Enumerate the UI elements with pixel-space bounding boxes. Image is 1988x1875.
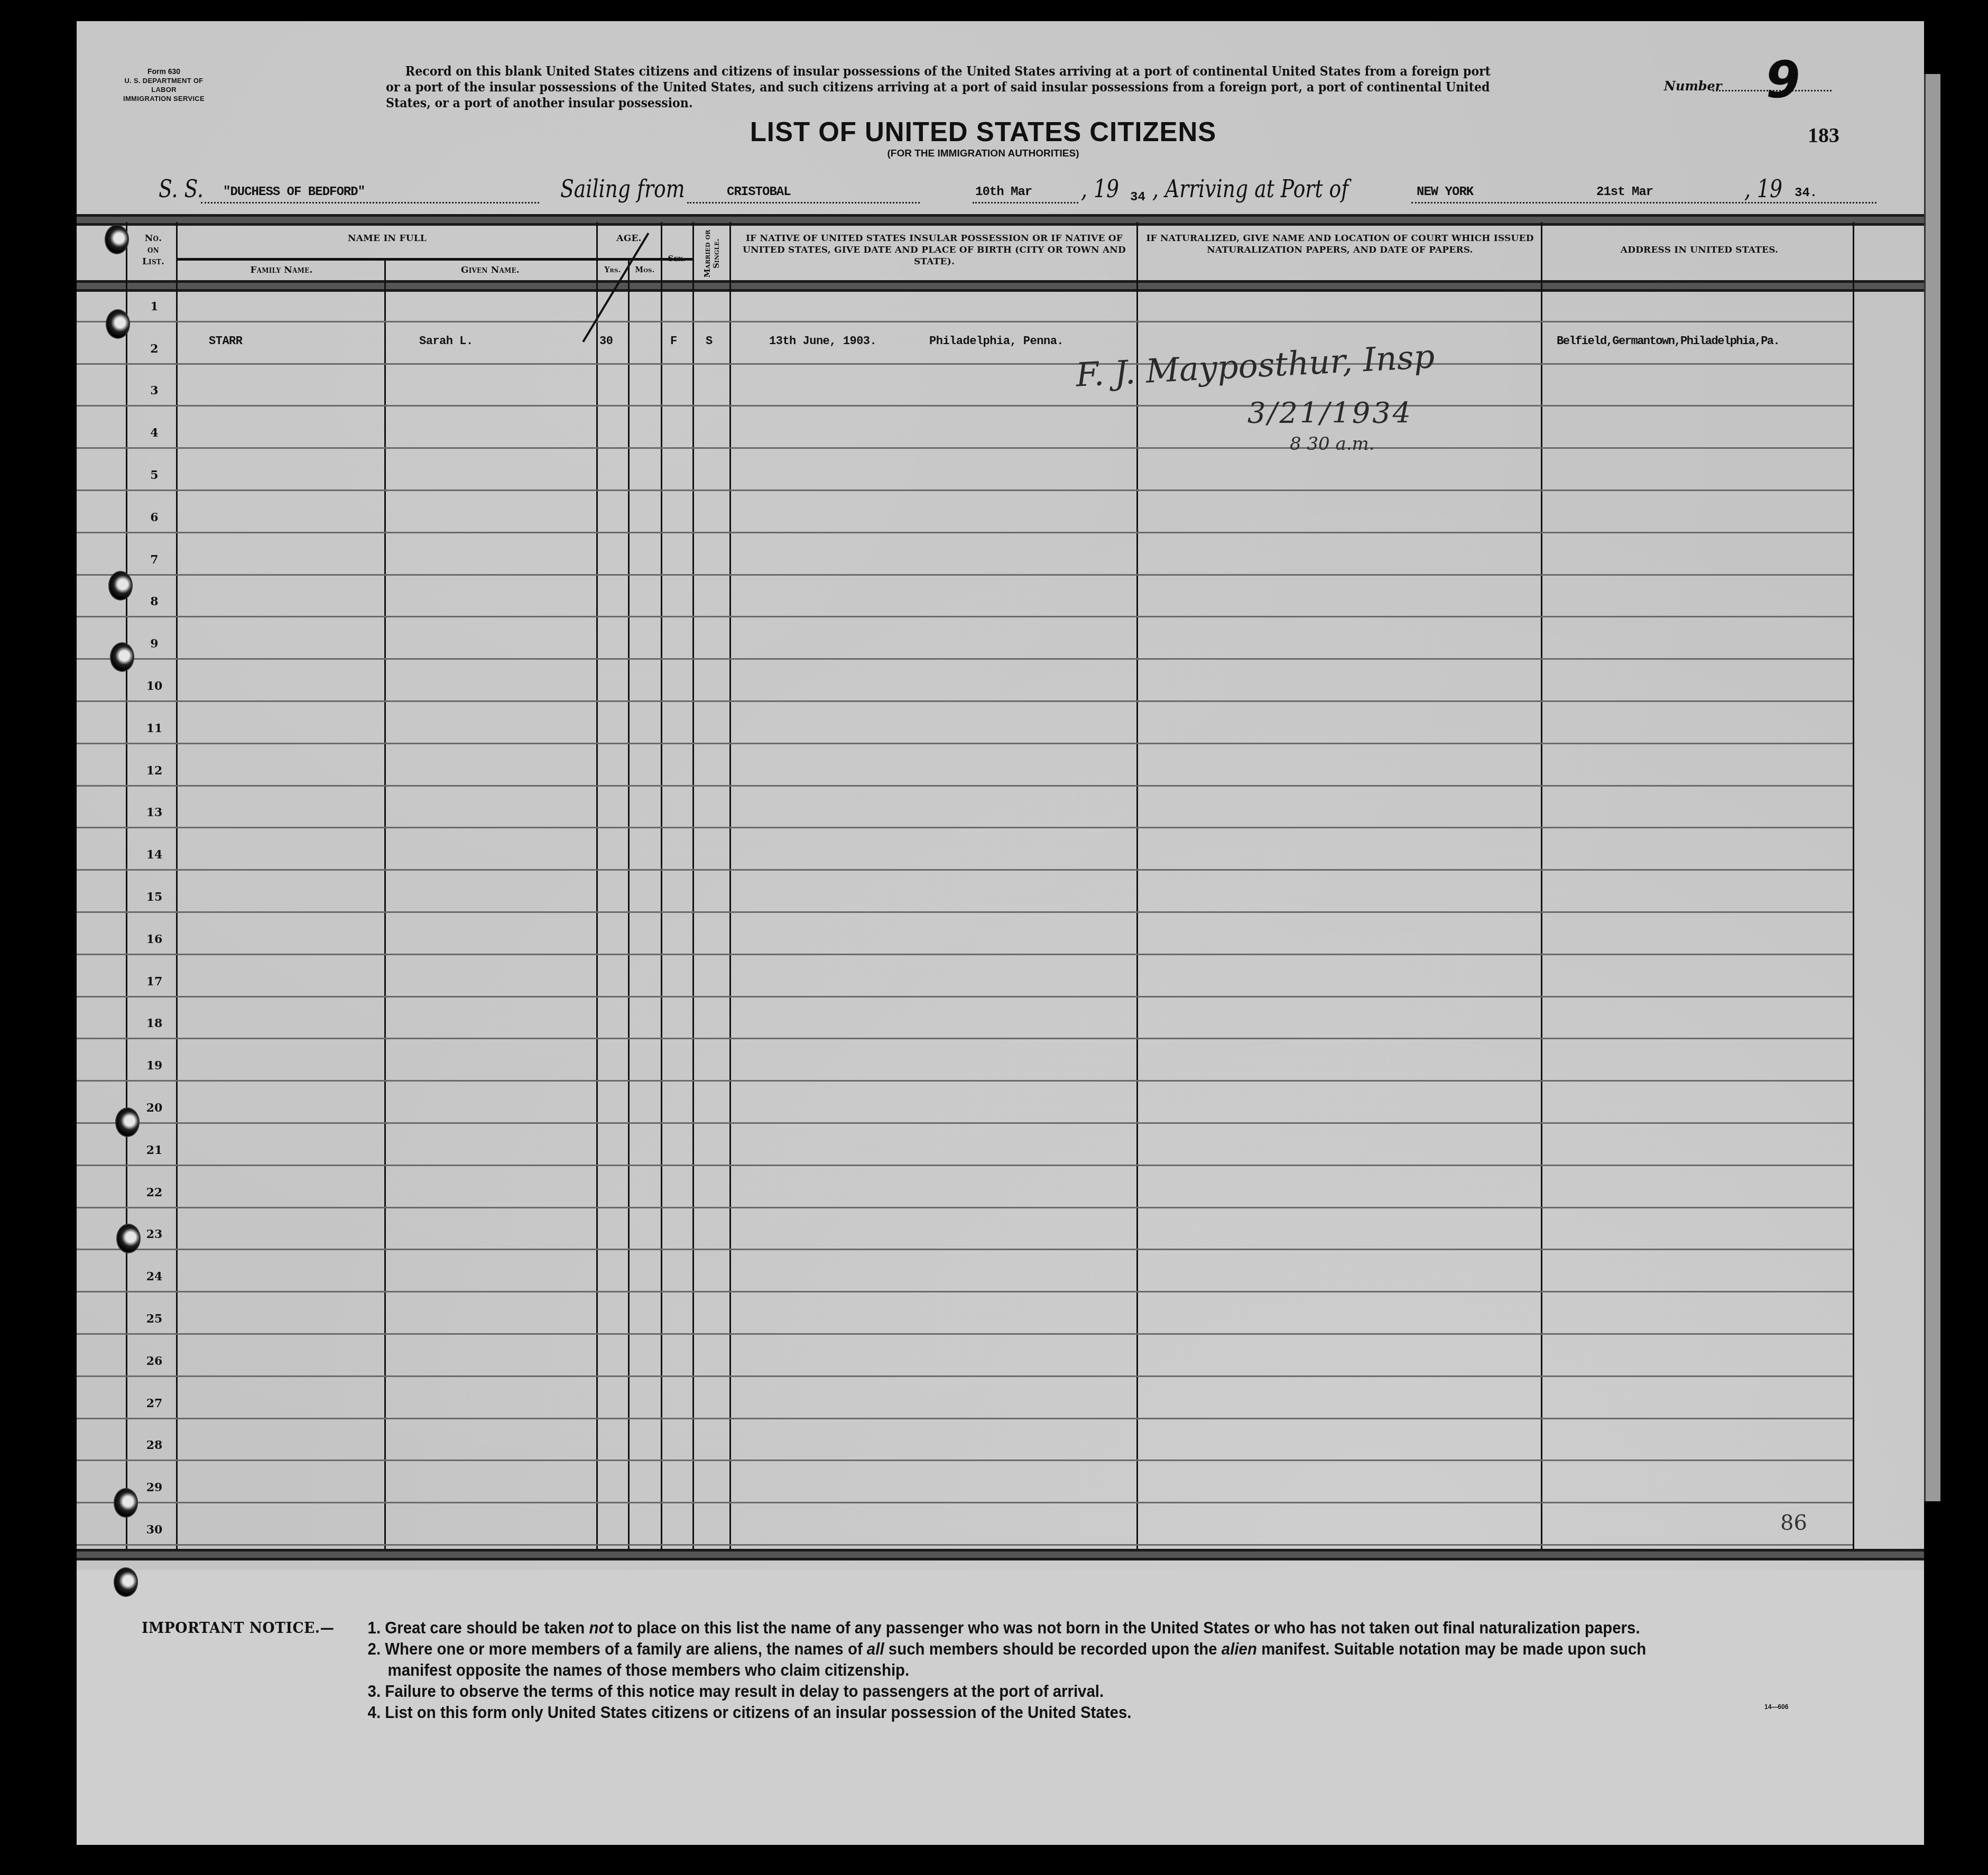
row-number: 12 <box>138 764 170 778</box>
page-subtitle: (FOR THE IMMIGRATION AUTHORITIES) <box>809 148 1158 160</box>
row-rule <box>77 405 1853 407</box>
entry-address: Belfield,Germantown,Philadelphia,Pa. <box>1557 335 1779 348</box>
row-number: 8 <box>138 595 170 608</box>
entry-family-name: STARR <box>209 335 243 348</box>
form-number: Form 630 <box>122 67 206 76</box>
ss-label: S. S. <box>159 174 204 203</box>
row-rule <box>77 869 1853 871</box>
row-rule <box>77 743 1853 744</box>
sheet-number: 86 <box>1780 1511 1807 1535</box>
notice-heading: IMPORTANT NOTICE.— <box>142 1618 335 1638</box>
header-address: ADDRESS IN UNITED STATES. <box>1549 244 1850 256</box>
inspection-time: 8 30 a.m. <box>1290 433 1375 455</box>
header-family-name: Family Name. <box>180 264 383 276</box>
row-rule <box>77 574 1853 576</box>
row-rule <box>77 1502 1853 1503</box>
header-bottom-rule <box>77 280 1924 292</box>
row-number: 7 <box>138 553 170 567</box>
row-rule <box>77 1375 1853 1377</box>
row-number: 9 <box>138 637 170 651</box>
binder-hole <box>108 571 133 601</box>
entry-birth-date: 13th June, 1903. <box>769 335 876 348</box>
arrival-year-prefix: , 19 <box>1744 174 1782 203</box>
entry-marital-status: S <box>706 335 713 348</box>
binder-hole <box>105 225 129 254</box>
department-name: U. S. DEPARTMENT OF LABOR <box>122 76 206 94</box>
row-rule <box>77 321 1853 322</box>
header-birth-info: IF NATIVE OF UNITED STATES INSULAR POSSE… <box>737 233 1131 267</box>
sailing-date: 10th Mar <box>975 185 1032 199</box>
row-number: 24 <box>138 1270 170 1283</box>
row-number: 11 <box>138 722 170 735</box>
row-number: 21 <box>138 1143 170 1157</box>
row-number: 28 <box>138 1438 170 1452</box>
manifest-sheet <box>77 21 1924 1845</box>
notice-item-2: 2. Where one or more members of a family… <box>368 1639 1647 1659</box>
row-rule <box>77 616 1853 617</box>
arrival-year-suffix: 34. <box>1795 186 1817 200</box>
row-rule <box>77 1291 1853 1292</box>
entry-birth-place: Philadelphia, Penna. <box>929 335 1064 348</box>
col-divider-number <box>176 222 178 1549</box>
subheader-rule <box>177 258 692 261</box>
row-rule <box>77 658 1853 660</box>
row-rule <box>77 1544 1853 1546</box>
row-number: 1 <box>138 300 170 313</box>
row-number: 20 <box>138 1101 170 1115</box>
table-top-rule <box>77 214 1924 226</box>
col-divider-age-sex <box>661 222 662 1549</box>
form-instructions: Record on this blank United States citiz… <box>386 63 1504 111</box>
row-rule <box>77 1080 1853 1082</box>
print-code: 14—606 <box>1764 1703 1788 1711</box>
row-rule <box>77 363 1853 365</box>
sailing-from-line <box>687 191 920 204</box>
row-number: 16 <box>138 932 170 946</box>
ship-name: "DUCHESS OF BEDFORD" <box>223 185 365 199</box>
row-rule <box>77 489 1853 491</box>
row-rule <box>77 954 1853 955</box>
row-number: 3 <box>138 384 170 398</box>
row-number: 18 <box>138 1017 170 1030</box>
row-rule <box>77 785 1853 787</box>
col-divider-hole-margin <box>126 222 127 1549</box>
header-married-or-single: Married or Single. <box>703 227 721 280</box>
row-rule <box>77 1165 1853 1166</box>
col-divider-yrs-mos <box>628 259 630 1549</box>
row-rule <box>77 827 1853 828</box>
col-divider-naturalized-address <box>1541 222 1542 1549</box>
row-number: 4 <box>138 426 170 440</box>
row-rule <box>77 1418 1853 1419</box>
entry-age-years: 30 <box>599 335 613 348</box>
page-title: LIST OF UNITED STATES CITIZENS <box>709 116 1258 148</box>
row-rule <box>77 1207 1853 1208</box>
adjacent-page-edge <box>1924 74 1940 1501</box>
row-rule <box>77 1249 1853 1250</box>
header-name-in-full: NAME IN FULL <box>180 233 595 244</box>
row-rule <box>77 1460 1853 1461</box>
notice-item-2-continuation: manifest opposite the names of those mem… <box>388 1660 910 1680</box>
row-number: 5 <box>138 468 170 482</box>
header-no-on-list: No. on List. <box>132 233 174 267</box>
row-number: 23 <box>138 1227 170 1241</box>
row-number: 30 <box>138 1523 170 1537</box>
notice-item-3: 3. Failure to observe the terms of this … <box>368 1681 1104 1702</box>
header-naturalization-info: IF NATURALIZED, GIVE NAME AND LOCATION O… <box>1144 233 1536 256</box>
sailing-year-prefix: , 19 <box>1081 174 1119 203</box>
inspection-date: 3/21/1934 <box>1247 396 1413 430</box>
page-stamp-number: 183 <box>1808 123 1839 147</box>
row-rule <box>77 1038 1853 1039</box>
row-number: 29 <box>138 1481 170 1494</box>
header-age-months: Mos. <box>630 264 660 276</box>
row-number: 25 <box>138 1312 170 1326</box>
binder-hole <box>115 1107 140 1137</box>
arrival-port: NEW YORK <box>1417 185 1473 199</box>
row-number: 6 <box>138 511 170 524</box>
row-number: 10 <box>138 679 170 693</box>
col-divider-birth-naturalized <box>1136 222 1138 1549</box>
notice-item-1: 1. Great care should be taken not to pla… <box>368 1618 1640 1638</box>
row-rule <box>77 996 1853 997</box>
sailing-from-label: Sailing from <box>560 174 685 203</box>
row-rule <box>77 447 1853 449</box>
sailing-from-port: CRISTOBAL <box>727 185 791 199</box>
binder-hole <box>106 309 130 339</box>
row-number: 19 <box>138 1059 170 1073</box>
binder-hole <box>114 1567 138 1597</box>
row-number: 2 <box>138 342 170 356</box>
row-rule <box>77 1333 1853 1335</box>
row-rule <box>77 911 1853 913</box>
sailing-year-suffix: 34 <box>1130 190 1145 205</box>
header-given-name: Given Name. <box>386 264 595 276</box>
col-divider-given-age <box>596 222 598 1549</box>
col-divider-family-given <box>384 259 386 1549</box>
col-divider-address-margin <box>1853 222 1854 1549</box>
row-number: 17 <box>138 975 170 989</box>
col-divider-sex-marital <box>692 222 694 1549</box>
binder-hole <box>116 1224 141 1253</box>
row-number: 22 <box>138 1186 170 1199</box>
table-bottom-rule <box>77 1549 1924 1560</box>
header-sex: Sex. <box>662 253 692 264</box>
row-number: 13 <box>138 806 170 819</box>
row-number: 26 <box>138 1354 170 1368</box>
voyage-details: S. S. "DUCHESS OF BEDFORD" Sailing from … <box>159 174 1839 206</box>
arriving-label: , Arriving at Port of <box>1152 174 1348 203</box>
binder-hole <box>110 642 134 672</box>
binder-hole <box>114 1488 138 1518</box>
row-rule <box>77 532 1853 533</box>
row-number: 27 <box>138 1397 170 1410</box>
row-number: 14 <box>138 848 170 862</box>
arrival-date: 21st Mar <box>1596 185 1653 199</box>
row-number: 15 <box>138 890 170 904</box>
row-rule <box>77 700 1853 702</box>
col-divider-marital-birth <box>729 222 731 1549</box>
service-name: IMMIGRATION SERVICE <box>122 94 206 103</box>
notice-item-4: 4. List on this form only United States … <box>368 1702 1132 1723</box>
form-identifier: Form 630 U. S. DEPARTMENT OF LABOR IMMIG… <box>122 67 206 103</box>
entry-sex: F <box>670 335 677 348</box>
entry-given-name: Sarah L. <box>419 335 473 348</box>
header-age: AGE. <box>598 233 660 244</box>
row-rule <box>77 1122 1853 1124</box>
